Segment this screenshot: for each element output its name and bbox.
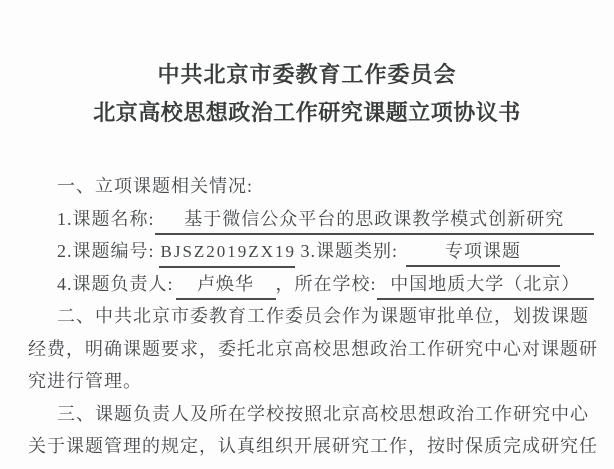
project-number-value: BJSZ2019ZX19 bbox=[159, 238, 295, 268]
field-project-name-row: 1.课题名称: 基于微信公众平台的思政课教学模式创新研究 bbox=[28, 203, 594, 236]
project-name-label: 1.课题名称: bbox=[57, 203, 155, 236]
school-value: 中国地质大学（北京） bbox=[377, 270, 594, 300]
document-title-line2: 北京高校思想政治工作研究课题立项协议书 bbox=[0, 98, 614, 128]
project-category-label: 3.课题类别: bbox=[301, 235, 399, 268]
clause2-line1: 二、中共北京市委教育工作委员会作为课题审批单位，划拨课题 bbox=[28, 300, 594, 333]
school-label: ，所在学校: bbox=[276, 268, 377, 301]
clause3-line2: 关于课题管理的规定，认真组织开展研究工作，按时保质完成研究任 bbox=[28, 430, 594, 463]
project-category-value: 专项课题 bbox=[406, 237, 560, 267]
project-name-value: 基于微信公众平台的思政课教学模式创新研究 bbox=[155, 205, 594, 235]
field-leader-school-row: 4.课题负责人: 卢焕华 ，所在学校: 中国地质大学（北京） bbox=[28, 268, 594, 301]
section1-heading: 一、立项课题相关情况: bbox=[28, 170, 594, 203]
clause2-line3: 究进行管理。 bbox=[28, 365, 594, 398]
project-number-label: 2.课题编号: bbox=[57, 235, 155, 268]
project-leader-label: 4.课题负责人: bbox=[57, 268, 174, 301]
document-title-line1: 中共北京市委教育工作委员会 bbox=[0, 0, 614, 90]
clause2-line2: 经费，明确课题要求，委托北京高校思想政治工作研究中心对课题研 bbox=[28, 333, 594, 366]
field-number-category-row: 2.课题编号: BJSZ2019ZX19 3.课题类别: 专项课题 bbox=[28, 235, 594, 268]
clause3-line1: 三、课题负责人及所在学校按照北京高校思想政治工作研究中心 bbox=[28, 398, 594, 431]
project-leader-value: 卢焕华 bbox=[176, 270, 276, 300]
document-body: 一、立项课题相关情况: 1.课题名称: 基于微信公众平台的思政课教学模式创新研究… bbox=[0, 170, 614, 463]
scanned-agreement-page: 中共北京市委教育工作委员会 北京高校思想政治工作研究课题立项协议书 一、立项课题… bbox=[0, 0, 614, 469]
